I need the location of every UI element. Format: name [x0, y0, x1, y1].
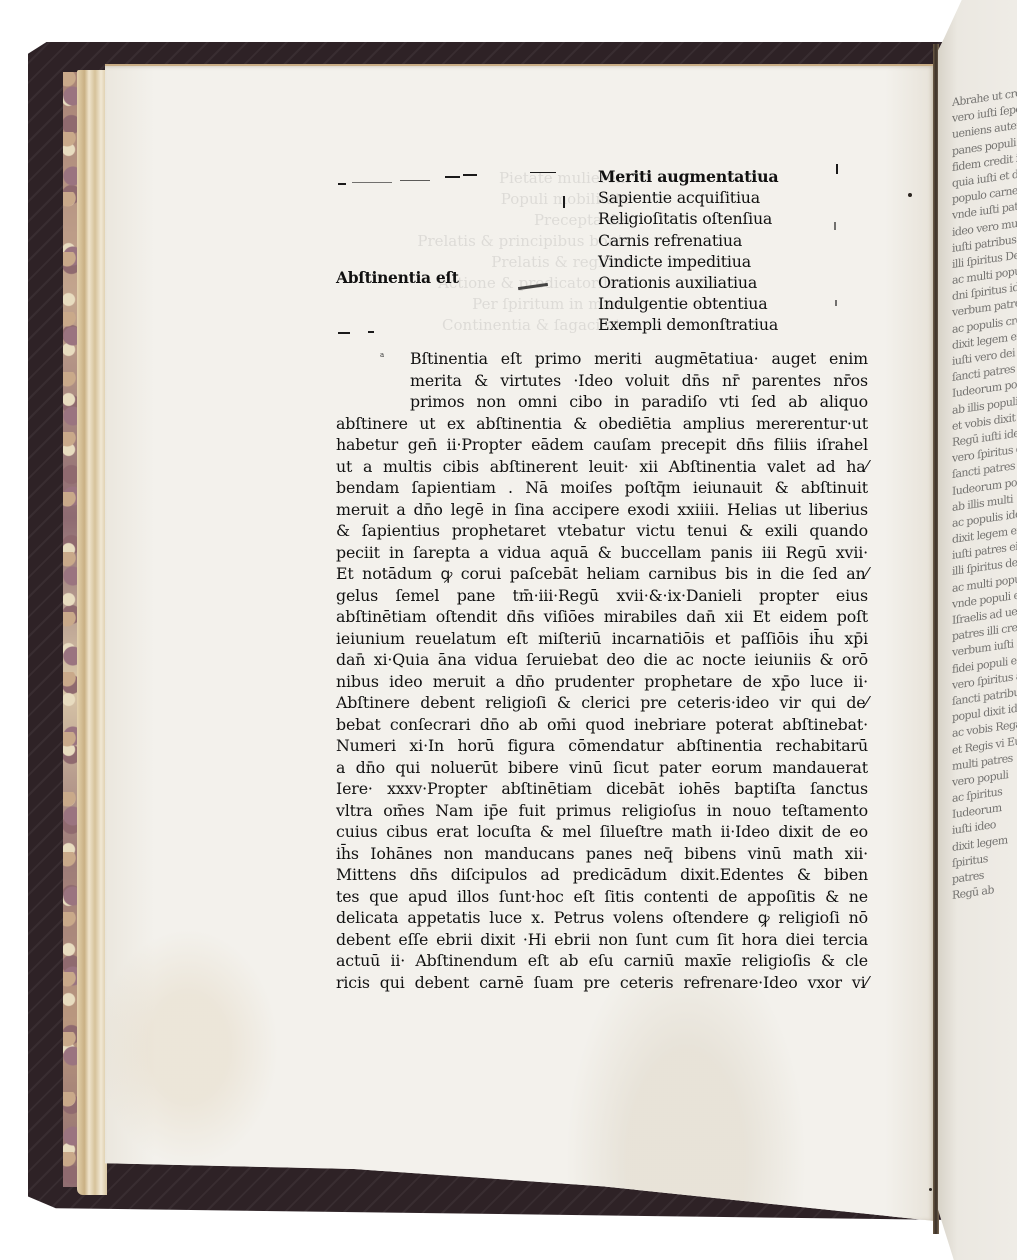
ink-spot — [929, 1188, 932, 1191]
brace-fragment — [835, 300, 837, 306]
text-line: ricis qui debent carnē ſuam pre ceteris … — [336, 972, 868, 994]
show-through-line: Pietate mulierem — [340, 168, 630, 189]
bracket-item: Vindicte impeditiua — [598, 251, 778, 272]
body-text: Bſtinentia eſt primo meriti augmētatiua·… — [336, 348, 868, 993]
bracket-item: Carnis refrenatiua — [598, 230, 778, 251]
page-edges — [77, 70, 107, 1195]
text-line: & ſapientius prophetaret vtebatur victu … — [336, 520, 868, 542]
book-photograph: Abrahe ut credit ad vero iuſti ſepe conſ… — [0, 0, 1017, 1260]
show-through-line: Populi mobilitate — [340, 189, 630, 210]
brace-fragment — [338, 183, 346, 185]
text-line: abſtinētiam oſtendit dn̄s viſiōes mirabi… — [336, 606, 868, 628]
brace-fragment — [836, 164, 838, 174]
text-line: Bſtinentia eſt primo meriti augmētatiua·… — [336, 348, 868, 370]
text-line: merita & virtutes ·Ideo voluit dn̄s nr̄ … — [336, 370, 868, 392]
text-line: dan̄ xi·Quia āna vidua ſeruiebat deo die… — [336, 649, 868, 671]
brace-fragment — [463, 174, 477, 176]
text-line: debent eſſe ebrii dixit ·Hi ebrii non ſu… — [336, 929, 868, 951]
brace-fragment — [530, 172, 556, 173]
bracket-item: Orationis auxiliatiua — [598, 272, 778, 293]
text-line: abſtinere ut ex abſtinentia & obediētia … — [336, 413, 868, 435]
text-line: bebat conſecrari dn̄o ab om̄i quod inebr… — [336, 714, 868, 736]
bracket-item: Meriti augmentatiua — [598, 166, 778, 187]
text-line: nibus ideo meruit a dn̄o prudenter proph… — [336, 671, 868, 693]
brace-fragment — [834, 222, 836, 230]
show-through-line: Precepta dei — [340, 210, 630, 231]
text-line: meruit a dn̄o legē in ſina accipere exod… — [336, 499, 868, 521]
text-line: peciit in ſarepta a vidua aquā & buccell… — [336, 542, 868, 564]
text-line: actuū ii· Abſtinendum eſt ab eſu carniū … — [336, 950, 868, 972]
text-line: Et notādum ꝙ corui paſcebāt heliam carni… — [336, 563, 868, 585]
show-through-line: Continentia & ſagacitate — [340, 315, 630, 336]
ink-spot — [908, 193, 912, 197]
text-line: primos non omni cibo in paradiſo vti ſed… — [336, 391, 868, 413]
brace-fragment — [338, 332, 350, 334]
show-through-text: Pietate mulierem Populi mobilitate Prece… — [340, 168, 630, 336]
bracket-item: Religioſitatis oſtenſiua — [598, 208, 778, 229]
brace-fragment — [400, 180, 430, 181]
text-line: bendam ſapientiam . Nā moiſes poſtq̄m ie… — [336, 477, 868, 499]
brace-fragment — [563, 196, 565, 208]
bracket-label: Abſtinentia eſt — [336, 268, 459, 287]
brace-fragment — [368, 331, 374, 333]
text-line: a dn̄o qui noluerūt bibere vinū ſicut pa… — [336, 757, 868, 779]
text-line: ih̄s Iohānes non manducans panes neq̄ bi… — [336, 843, 868, 865]
text-line: habetur gen̄ ii·Propter eādem cauſam pre… — [336, 434, 868, 456]
text-line: tes que apud illos ſunt·hoc eſt ſitis co… — [336, 886, 868, 908]
marbled-endpaper — [63, 72, 77, 1187]
bracket-item: Sapientie acquiſitiua — [598, 187, 778, 208]
show-through-line: Per ſpiritum in mana — [340, 294, 630, 315]
text-line: cuius cibus erat locuſta & mel ſilueſtre… — [336, 821, 868, 843]
text-line: Numeri xi·In horū figura cōmendatur abſt… — [336, 735, 868, 757]
text-line: gelus ſemel pane tm̄·iii·Regū xvii·&·ix·… — [336, 585, 868, 607]
text-line: Iere· xxxv·Propter abſtinētiam dicebāt i… — [336, 778, 868, 800]
text-line: Abſtinere debent religioſi & clerici pre… — [336, 692, 868, 714]
text-line: vltra om̄es Nam ip̄e fuit primus religio… — [336, 800, 868, 822]
facing-page-text: Abrahe ut credit ad vero iuſti ſepe conſ… — [952, 85, 1017, 1105]
text-line: ut a multis cibis abſtinerent leuit· xii… — [336, 456, 868, 478]
text-line: Mittens dn̄s diſcipulos ad predicādum di… — [336, 864, 868, 886]
show-through-line: Prelatis & principibus bonis — [340, 231, 630, 252]
brace-fragment — [445, 176, 460, 178]
bracket-item: Exempli demonſtratiua — [598, 314, 778, 335]
text-line: delicata appetatis luce x. Petrus volens… — [336, 907, 868, 929]
brace-fragment — [352, 182, 392, 183]
text-line: ieiunium reuelatum eſt miſteriū incarnat… — [336, 628, 868, 650]
bracket-item: Indulgentie obtentiua — [598, 293, 778, 314]
bracket-items: Meriti augmentatiua Sapientie acquiſitiu… — [598, 166, 778, 336]
